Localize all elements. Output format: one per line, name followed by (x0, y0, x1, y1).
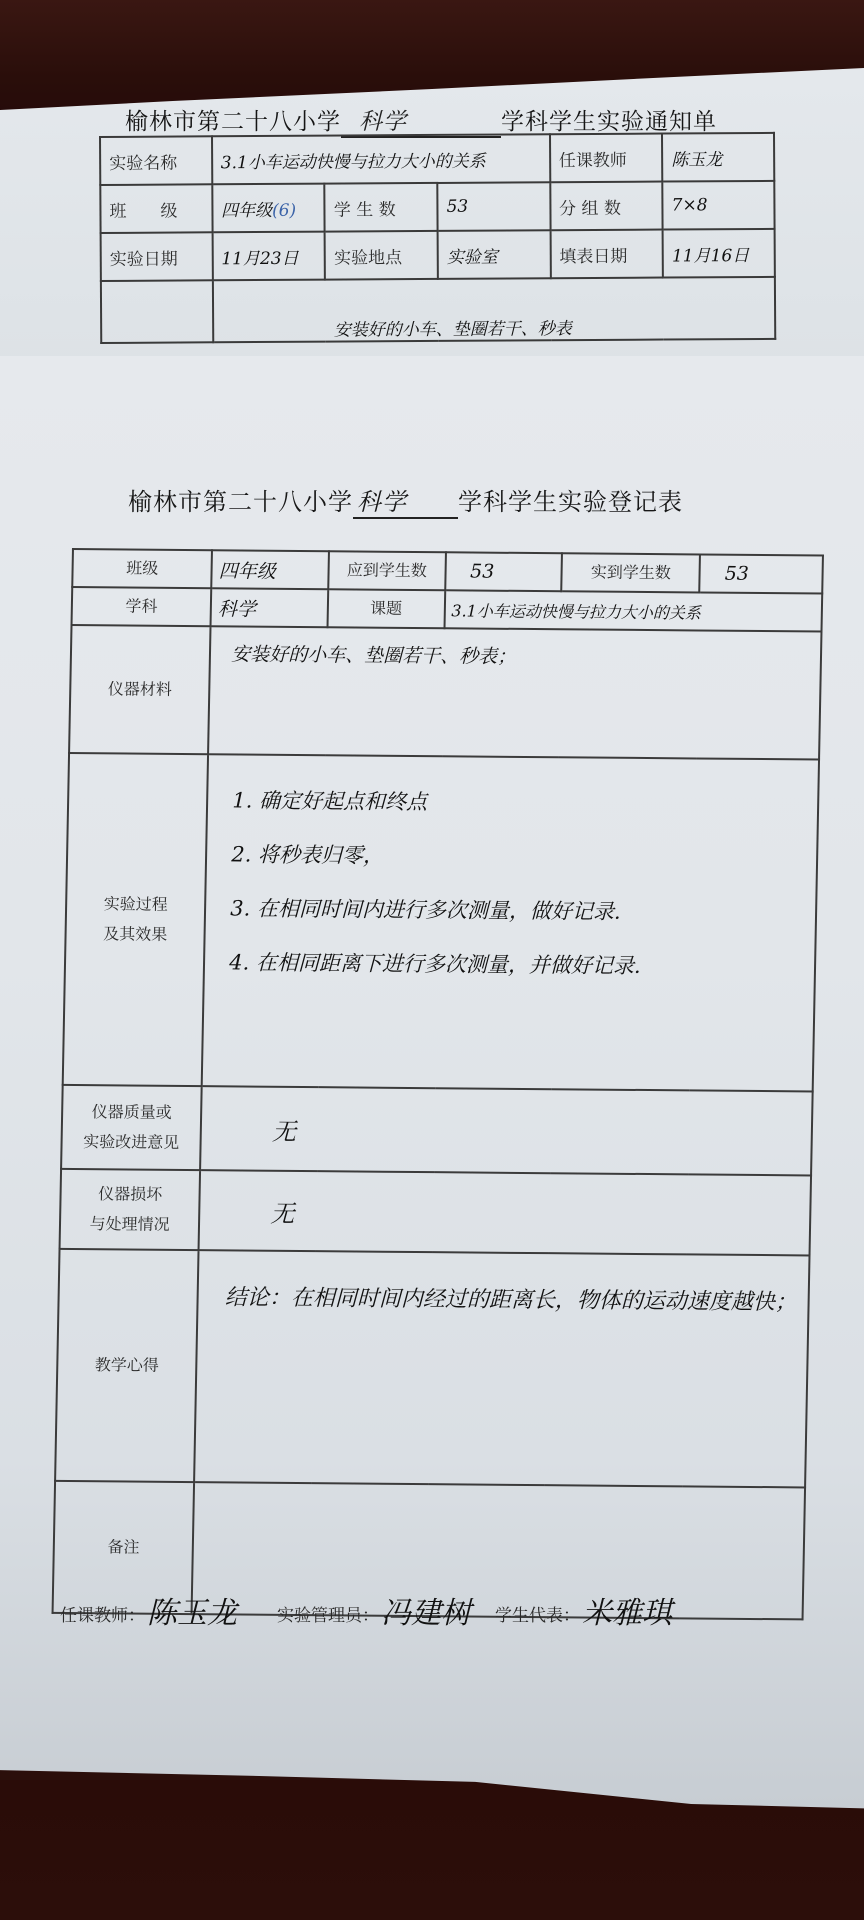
teacher-signature-name: 陈玉龙 (147, 1588, 237, 1632)
subject-value: 科学 (211, 588, 328, 627)
register-title-subject: 科学 (353, 482, 458, 519)
register-title-prefix: 榆林市第二十八小学 (128, 488, 353, 516)
fill-date-label: 填表日期 (550, 230, 663, 279)
process-label: 实验过程 及其效果 (63, 753, 209, 1086)
actual-students-label: 实到学生数 (562, 553, 700, 592)
teaching-value: 结论：在相同时间内经过的距离长，物体的运动速度越快； (194, 1250, 809, 1487)
register-row-class: 班级 四年级 应到学生数 53 实到学生数 53 (72, 549, 823, 594)
materials-value: 安装好的小车、垫圈若干、秒表 (212, 277, 775, 342)
process-step-2: 2. 将秒表归零， (231, 827, 811, 886)
register-row-subject: 学科 科学 课题 3.1小车运动快慢与拉力大小的关系 (72, 587, 823, 632)
damage-label-line1: 仪器损坏 (67, 1179, 193, 1210)
register-row-process: 实验过程 及其效果 1. 确定好起点和终点 2. 将秒表归零， 3. 在相同时间… (63, 753, 819, 1092)
subject-label: 学科 (72, 587, 212, 626)
register-title: 榆林市第二十八小学科学学科学生实验登记表 (128, 482, 683, 519)
student-signature-name: 米雅琪 (582, 1588, 672, 1632)
notice-row-date: 实验日期 11月23日 实验地点 实验室 填表日期 11月16日 (101, 229, 775, 281)
equipment-value: 安装好的小车、垫圈若干、秒表； (208, 626, 821, 759)
experiment-name-label: 实验名称 (100, 136, 212, 185)
actual-students-value: 53 (699, 554, 823, 593)
quality-label: 仪器质量或 实验改进意见 (61, 1085, 202, 1170)
register-row-quality: 仪器质量或 实验改进意见 无 (61, 1085, 813, 1176)
register-title-suffix: 学科学生实验登记表 (458, 488, 683, 516)
topic-value: 3.1小车运动快慢与拉力大小的关系 (444, 590, 822, 631)
process-step-4: 4. 在相同距离下进行多次测量，并做好记录. (229, 935, 809, 994)
location-value: 实验室 (438, 230, 551, 279)
expected-students-value: 53 (445, 552, 563, 591)
register-row-damage: 仪器损坏 与处理情况 无 (60, 1169, 812, 1256)
class-grade: 四年级 (221, 200, 272, 220)
expected-students-label: 应到学生数 (328, 551, 445, 590)
notice-title-prefix: 榆林市第二十八小学 (125, 109, 341, 135)
notice-row-class: 班 级 四年级(6) 学 生 数 53 分 组 数 7×8 (100, 181, 774, 233)
process-step-1: 1. 确定好起点和终点 (232, 773, 812, 832)
teaching-label: 教学心得 (55, 1249, 199, 1482)
class-number: (6) (272, 200, 296, 220)
groups-value: 7×8 (663, 181, 775, 230)
admin-signature: 实验管理员： 冯建树 (277, 1588, 471, 1632)
equipment-label: 仪器材料 (69, 625, 211, 754)
damage-value: 无 (199, 1170, 811, 1255)
register-class-label: 班级 (72, 549, 212, 588)
process-step-3: 3. 在相同时间内进行多次测量，做好记录. (230, 881, 810, 940)
topic-label: 课题 (327, 589, 444, 628)
fill-date-value: 11月16日 (663, 229, 775, 278)
register-row-teaching: 教学心得 结论：在相同时间内经过的距离长，物体的运动速度越快； (55, 1249, 809, 1488)
class-value: 四年级(6) (212, 184, 325, 233)
notice-table: 实验名称 3.1小车运动快慢与拉力大小的关系 任课教师 陈玉龙 班 级 四年级(… (99, 132, 776, 344)
teacher-signature: 任课教师： 陈玉龙 (60, 1588, 237, 1632)
groups-label: 分 组 数 (550, 182, 663, 231)
damage-label: 仪器损坏 与处理情况 (60, 1169, 201, 1250)
quality-label-line1: 仪器质量或 (69, 1097, 195, 1128)
location-label: 实验地点 (325, 231, 438, 280)
teacher-label: 任课教师 (550, 134, 663, 183)
quality-label-line2: 实验改进意见 (68, 1127, 194, 1158)
signature-line: 任课教师： 陈玉龙 实验管理员： 冯建树 学生代表： 米雅琪 (60, 1588, 820, 1632)
experiment-name-value: 3.1小车运动快慢与拉力大小的关系 (212, 134, 550, 184)
teacher-value: 陈玉龙 (662, 133, 774, 182)
register-table: 班级 四年级 应到学生数 53 实到学生数 53 学科 科学 课题 3.1小车运… (52, 548, 824, 1620)
process-label-line2: 及其效果 (72, 919, 198, 950)
admin-signature-name: 冯建树 (381, 1588, 471, 1632)
date-label: 实验日期 (101, 232, 213, 281)
teacher-signature-label: 任课教师： (60, 1601, 145, 1626)
quality-value: 无 (200, 1086, 812, 1175)
damage-label-line2: 与处理情况 (67, 1209, 193, 1240)
student-signature: 学生代表： 米雅琪 (495, 1588, 672, 1632)
admin-signature-label: 实验管理员： (277, 1601, 379, 1626)
register-class-value: 四年级 (211, 550, 328, 589)
notice-row-materials: 安装好的小车、垫圈若干、秒表 (101, 277, 775, 343)
students-value: 53 (437, 182, 550, 231)
class-label: 班 级 (100, 184, 212, 233)
process-steps: 1. 确定好起点和终点 2. 将秒表归零， 3. 在相同时间内进行多次测量，做好… (202, 754, 819, 1091)
date-value: 11月23日 (212, 232, 325, 281)
student-signature-label: 学生代表： (495, 1601, 580, 1626)
materials-label-cell (101, 280, 213, 343)
students-label: 学 生 数 (325, 183, 438, 232)
notice-row-name: 实验名称 3.1小车运动快慢与拉力大小的关系 任课教师 陈玉龙 (100, 133, 774, 185)
process-label-line1: 实验过程 (73, 889, 199, 920)
notice-title-suffix: 学科学生实验通知单 (501, 109, 717, 135)
register-row-equipment: 仪器材料 安装好的小车、垫圈若干、秒表； (69, 625, 821, 760)
